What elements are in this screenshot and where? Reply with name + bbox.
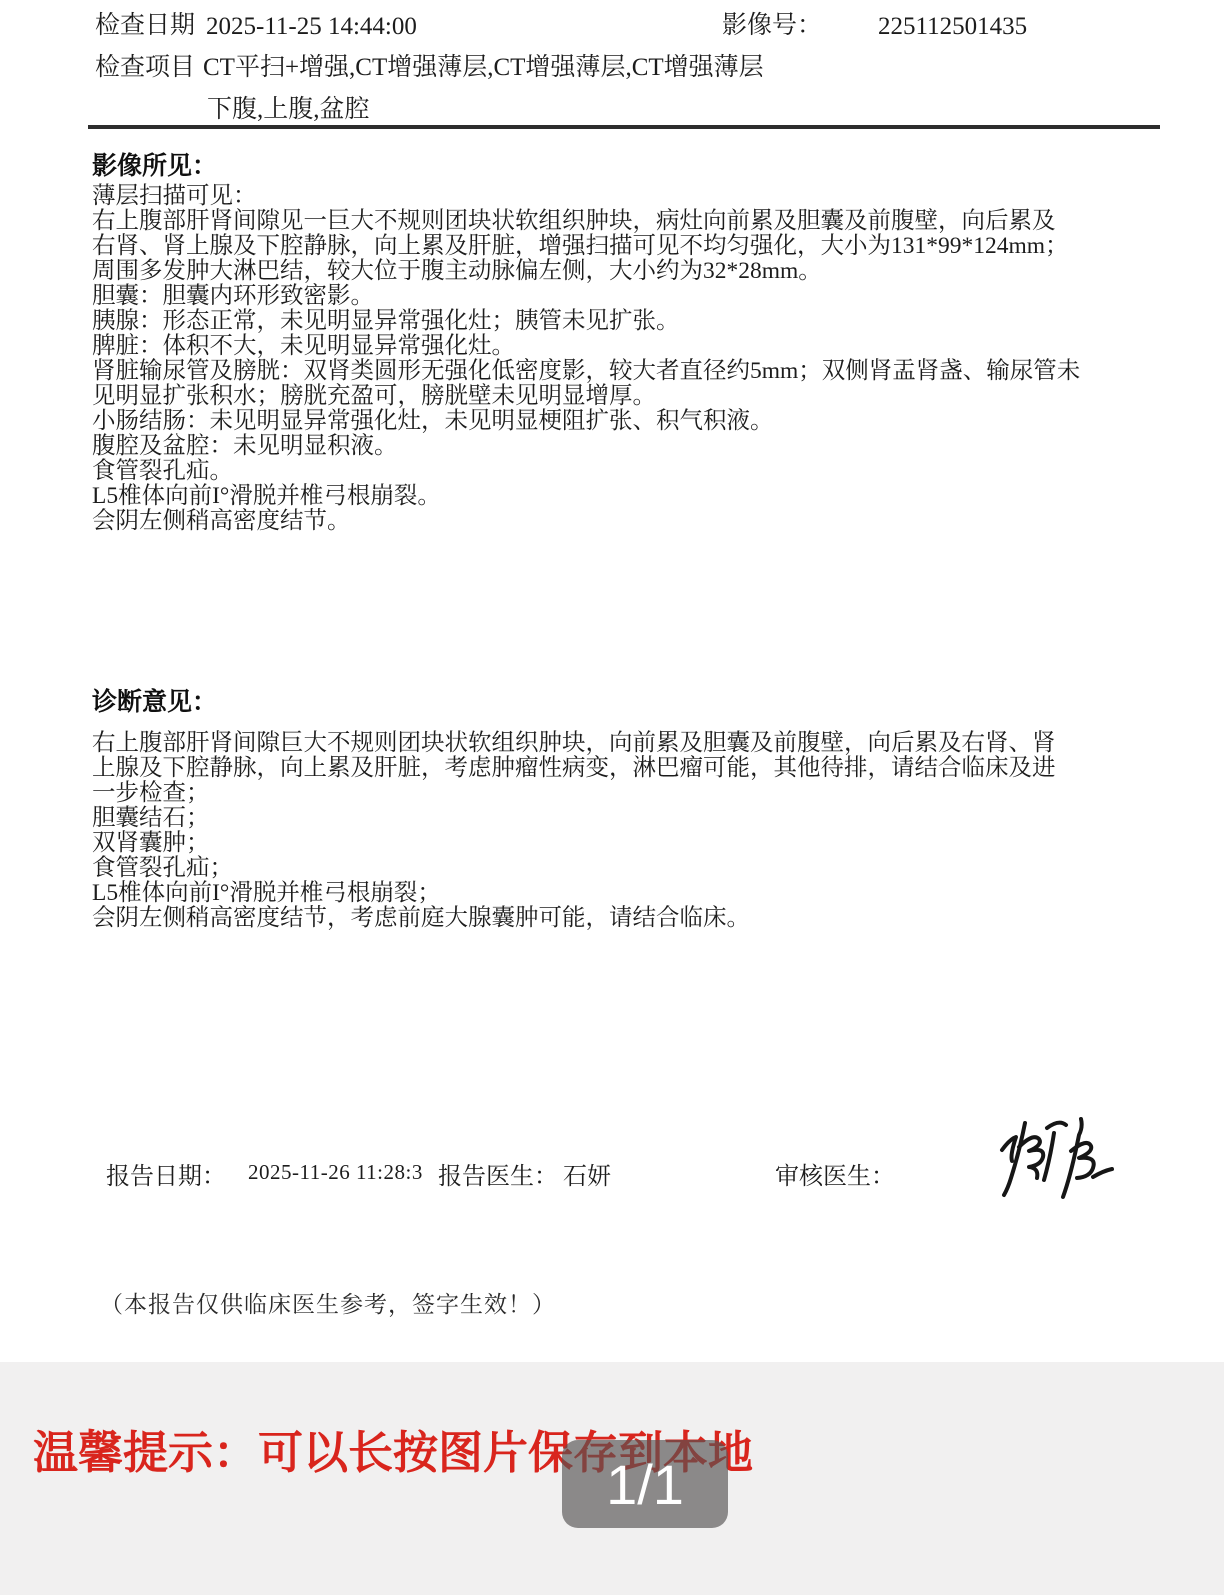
findings-line: L5椎体向前I°滑脱并椎弓根崩裂。 [92,484,1080,509]
findings-body: 薄层扫描可见： 右上腹部肝肾间隙见一巨大不规则团块状软组织肿块，病灶向前累及胆囊… [92,184,1080,534]
diagnosis-line: 食管裂孔疝； [92,856,1056,881]
diagnosis-line: 上腺及下腔静脉，向上累及肝脏，考虑肿瘤性病变，淋巴瘤可能，其他待排，请结合临床及… [92,756,1056,781]
exam-date-value: 2025-11-25 14:44:00 [206,13,417,41]
image-number-value: 225112501435 [878,13,1027,41]
diagnosis-line: 会阴左侧稍高密度结节，考虑前庭大腺囊肿可能，请结合临床。 [92,906,1056,931]
report-doctor-label: 报告医生： [438,1156,558,1191]
diagnosis-title: 诊断意见： [92,682,217,718]
diagnosis-line: 一步检查； [92,781,1056,806]
findings-line: 小肠结肠：未见明显异常强化灶，未见明显梗阻扩张、积气积液。 [92,409,1080,434]
diagnosis-line: 右上腹部肝肾间隙巨大不规则团块状软组织肿块，向前累及胆囊及前腹壁，向后累及右肾、… [92,731,1056,756]
diagnosis-body: 右上腹部肝肾间隙巨大不规则团块状软组织肿块，向前累及胆囊及前腹壁，向后累及右肾、… [92,731,1056,931]
report-date-value: 2025-11-26 11:28:3 [248,1160,423,1185]
diagnosis-line: L5椎体向前I°滑脱并椎弓根崩裂； [92,881,1056,906]
diagnosis-line: 双肾囊肿； [92,831,1056,856]
findings-line: 胰腺：形态正常，未见明显异常强化灶；胰管未见扩张。 [92,309,1080,334]
exam-item-label: 检查项目 [95,54,195,82]
findings-line: 食管裂孔疝。 [92,459,1080,484]
page-indicator-label: 1/1 [606,1452,684,1517]
diagnosis-line: 胆囊结石； [92,806,1056,831]
findings-line: 见明显扩张积水；膀胱充盈可，膀胱壁未见明显增厚。 [92,384,1080,409]
report-date-label: 报告日期： [106,1156,226,1191]
findings-line: 薄层扫描可见： [92,184,1080,209]
findings-line: 会阴左侧稍高密度结节。 [92,509,1080,534]
findings-line: 脾脏：体积不大，未见明显异常强化灶。 [92,334,1080,359]
findings-line: 肾脏输尿管及膀胱：双肾类圆形无强化低密度影，较大者直径约5mm；双侧肾盂肾盏、输… [92,359,1080,384]
exam-items-value: CT平扫+增强,CT增强薄层,CT增强薄层,CT增强薄层 [203,54,764,82]
page-indicator: 1/1 [562,1440,728,1528]
findings-line: 右肾、肾上腺及下腔静脉，向上累及肝脏，增强扫描可见不均匀强化，大小为131*99… [92,234,1080,259]
image-number-label: 影像号： [722,12,822,40]
findings-line: 腹腔及盆腔：未见明显积液。 [92,434,1080,459]
header-divider [88,125,1160,129]
report-page: 检查日期 2025-11-25 14:44:00 影像号： 2251125014… [0,0,1224,1595]
exam-date-label: 检查日期 [95,12,195,40]
findings-line: 胆囊：胆囊内环形致密影。 [92,284,1080,309]
disclaimer-note: （本报告仅供临床医生参考，签字生效！） [100,1286,556,1319]
findings-line: 周围多发肿大淋巴结，较大位于腹主动脉偏左侧，大小约为32*28mm。 [92,259,1080,284]
reviewer-signature-icon [988,1110,1120,1218]
findings-title: 影像所见： [92,146,217,182]
review-doctor-label: 审核医生： [775,1156,895,1191]
exam-regions-value: 下腹,上腹,盆腔 [207,96,370,124]
findings-line: 右上腹部肝肾间隙见一巨大不规则团块状软组织肿块，病灶向前累及胆囊及前腹壁，向后累… [92,209,1080,234]
report-doctor-name: 石妍 [563,1156,611,1191]
